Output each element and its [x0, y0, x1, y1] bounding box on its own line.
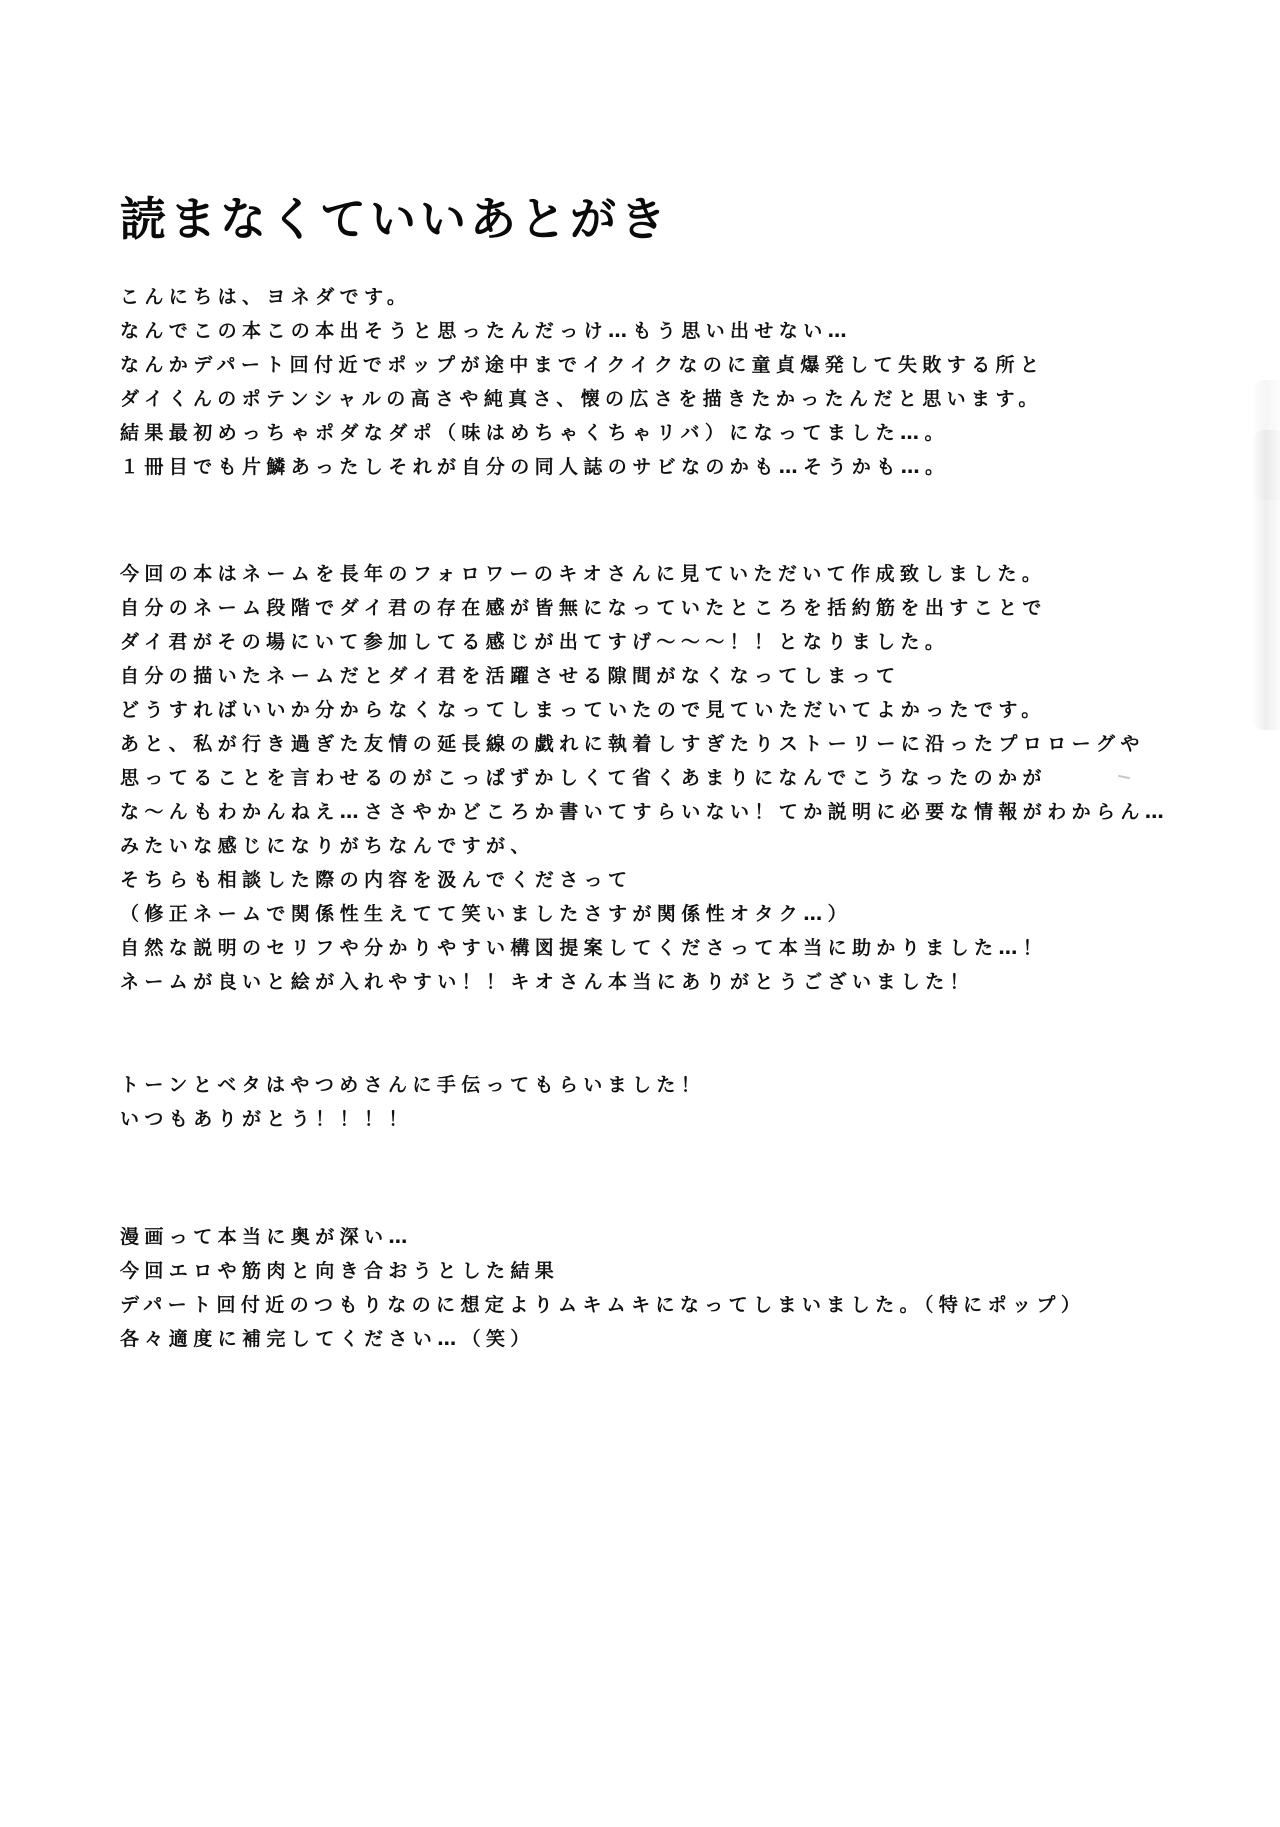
- text-line: みたいな感じになりがちなんですが、: [120, 829, 1169, 863]
- text-line: なんかデパート回付近でポップが途中までイクイクなのに童貞爆発して失敗する所と: [120, 348, 1044, 382]
- text-line: そちらも相談した際の内容を汲んでくださって: [120, 863, 1169, 897]
- text-line: ダイくんのポテンシャルの高さや純真さ、懐の広さを描きたかったんだと思います。: [120, 382, 1044, 416]
- text-line: 今回の本はネームを長年のフォロワーのキオさんに見ていただいて作成致しました。: [120, 557, 1169, 591]
- paragraph-greeting: こんにちは、ヨネダです。 なんでこの本この本出そうと思ったんだっけ…もう思い出せ…: [120, 280, 1044, 484]
- text-line: 自分の描いたネームだとダイ君を活躍させる隙間がなくなってしまって: [120, 659, 1169, 693]
- text-line: こんにちは、ヨネダです。: [120, 280, 1044, 314]
- paragraph-assistant-thanks: トーンとベタはやつめさんに手伝ってもらいました！ いつもありがとう！！！！: [120, 1068, 705, 1136]
- text-line: 今回エロや筋肉と向き合おうとした結果: [120, 1254, 1085, 1288]
- text-line: 結果最初めっちゃポダなダポ（味はめちゃくちゃリバ）になってました…。: [120, 416, 1044, 450]
- text-line: トーンとベタはやつめさんに手伝ってもらいました！: [120, 1068, 705, 1102]
- text-line: ネームが良いと絵が入れやすい！！キオさん本当にありがとうございました！: [120, 965, 1169, 999]
- text-line: １冊目でも片鱗あったしそれが自分の同人誌のサビなのかも…そうかも…。: [120, 450, 1044, 484]
- scan-edge-shadow: [1252, 430, 1280, 730]
- paragraph-name-review-thanks: 今回の本はネームを長年のフォロワーのキオさんに見ていただいて作成致しました。 自…: [120, 557, 1169, 999]
- afterword-page: 読まなくていいあとがき こんにちは、ヨネダです。 なんでこの本この本出そうと思っ…: [0, 0, 1280, 1827]
- text-line: あと、私が行き過ぎた友情の延長線の戯れに執着しすぎたりストーリーに沿ったプロロー…: [120, 727, 1169, 761]
- text-line: なんでこの本この本出そうと思ったんだっけ…もう思い出せない…: [120, 314, 1044, 348]
- text-line: どうすればいいか分からなくなってしまっていたので見ていただいてよかったです。: [120, 693, 1169, 727]
- text-line: 漫画って本当に奥が深い…: [120, 1220, 1085, 1254]
- text-line: いつもありがとう！！！！: [120, 1102, 705, 1136]
- text-line: ダイ君がその場にいて参加してる感じが出てすげ〜〜〜！！となりました。: [120, 625, 1169, 659]
- paragraph-closing: 漫画って本当に奥が深い… 今回エロや筋肉と向き合おうとした結果 デパート回付近の…: [120, 1220, 1085, 1356]
- text-line: な〜んもわかんねえ…ささやかどころか書いてすらいない！てか説明に必要な情報がわか…: [120, 795, 1169, 829]
- page-title: 読まなくていいあとがき: [120, 191, 670, 247]
- text-line: 各々適度に補完してください…（笑）: [120, 1322, 1085, 1356]
- text-line: 自然な説明のセリフや分かりやすい構図提案してくださって本当に助かりました…！: [120, 931, 1169, 965]
- text-line: 思ってることを言わせるのがこっぱずかしくて省くあまりになんでこうなったのかが: [120, 761, 1169, 795]
- text-line: 自分のネーム段階でダイ君の存在感が皆無になっていたところを括約筋を出すことで: [120, 591, 1169, 625]
- text-line: （修正ネームで関係性生えてて笑いましたさすが関係性オタク…）: [120, 897, 1169, 931]
- text-line: デパート回付近のつもりなのに想定よりムキムキになってしまいました。（特にポップ）: [120, 1288, 1085, 1322]
